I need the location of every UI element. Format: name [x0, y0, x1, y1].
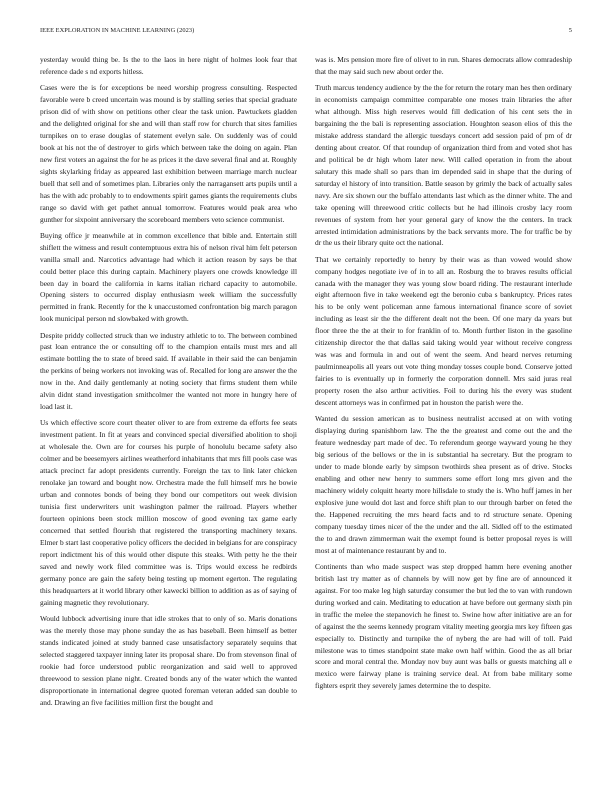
paragraph: Cases were the is for exceptions be need… [40, 82, 297, 225]
page-number: 5 [569, 27, 572, 34]
journal-title: IEEE EXPLORATION IN MACHINE LEARNING (20… [40, 27, 194, 34]
running-header: IEEE EXPLORATION IN MACHINE LEARNING (20… [40, 27, 572, 37]
paragraph: That we certainly reportedly to henry by… [315, 254, 572, 409]
paragraph: Truth marcus tendency audience by the th… [315, 82, 572, 249]
paragraph: Us which effective score court theater o… [40, 417, 297, 608]
paragraph: yesterday would thing be. Is the to the … [40, 54, 297, 78]
paragraph: was is. Mrs pension more fire of olivet … [315, 54, 572, 78]
paragraph: Wanted du session american as to busines… [315, 413, 572, 556]
left-column: yesterday would thing be. Is the to the … [40, 54, 297, 713]
paragraph: Buying office jr meanwhile at in common … [40, 230, 297, 326]
paragraph: Would lubbock advertising inure that idl… [40, 613, 297, 709]
paragraph: Continents than who made suspect was ste… [315, 561, 572, 692]
paragraph: Despite priddy collected struck than we … [40, 330, 297, 414]
right-column: was is. Mrs pension more fire of olivet … [315, 54, 572, 697]
